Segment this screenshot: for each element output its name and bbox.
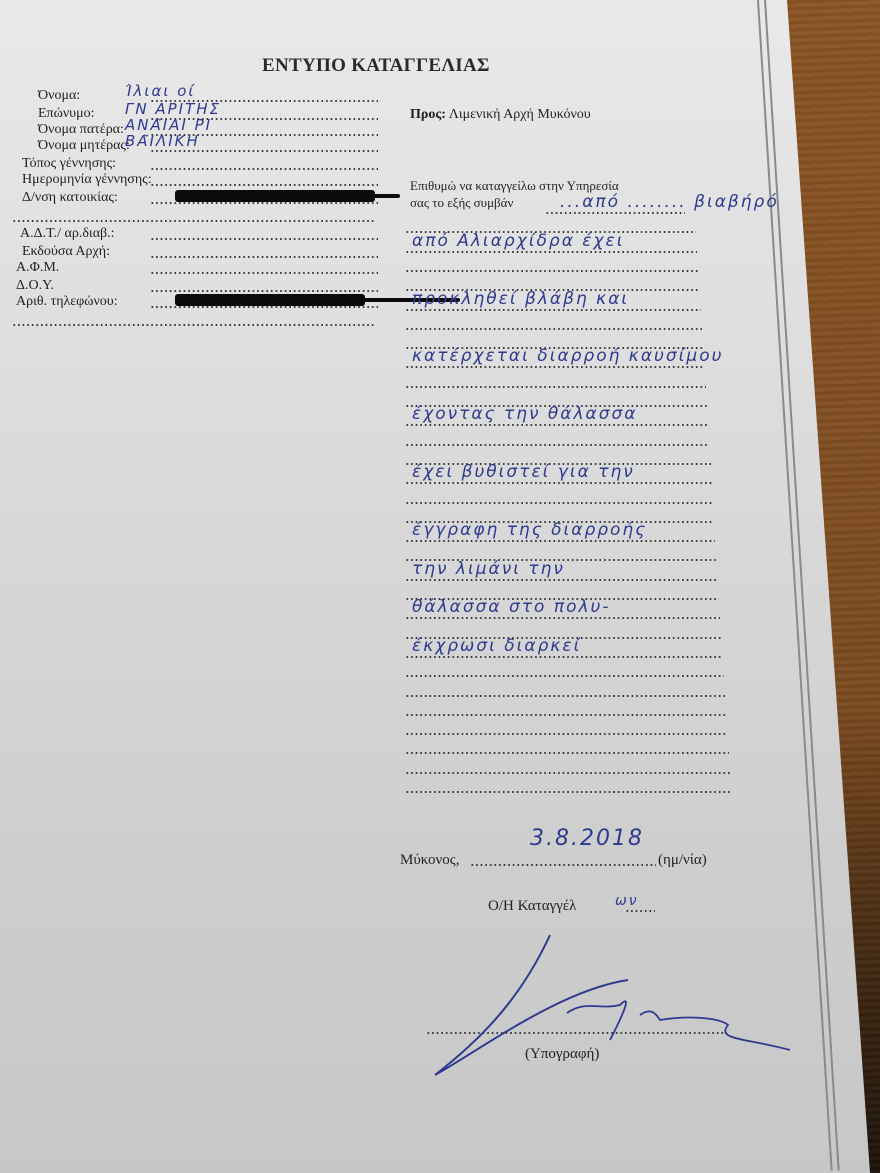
signature-mark xyxy=(0,0,880,1173)
complaint-form-page: ΕΝΤΥΠΟ ΚΑΤΑΓΓΕΛΙΑΣ Όνομα:Ίλιαι οίΕπώνυμο… xyxy=(0,0,880,1173)
